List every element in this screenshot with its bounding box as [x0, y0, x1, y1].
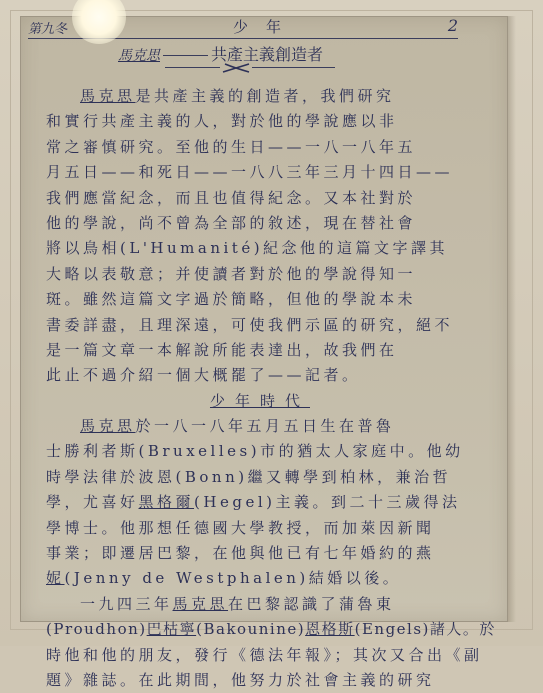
underlined-name: 恩格斯	[305, 620, 355, 638]
line-text: (Bakounine)	[196, 620, 305, 638]
text-line: 常之審慎研究。至他的生日——一八一八年五	[46, 135, 494, 160]
text-line: 是一篇文章一本解說所能表達出，故我們在	[46, 338, 494, 363]
text-line: 馬克思是共產主義的創造者，我們研究	[46, 84, 494, 109]
text-line: 斑。雖然這篇文字過於簡略，但他的學說本未	[46, 287, 494, 312]
section-heading: 少年時代	[46, 389, 494, 414]
text-line: 時學法律於波恩(Bonn)繼又轉學到柏林，兼治哲	[46, 465, 494, 490]
line-text: 於一八一八年五月五日生在普魯	[136, 417, 395, 435]
text-line: 月五日——和死日——一八八三年三月十四日——	[46, 160, 494, 185]
line-text: 學，尤喜好	[46, 493, 139, 511]
text-line: 事業；即遷居巴黎，在他與他已有七年婚約的燕	[46, 541, 494, 566]
text-line: 書委詳盡，且理深遠，可使我們示區的研究，絕不	[46, 313, 494, 338]
line-text: 是共產主義的創造者，我們研究	[136, 87, 395, 105]
text-line: 一九四三年馬克思在巴黎認識了蒲魯東	[46, 592, 494, 617]
text-line: (Proudhon)巴枯寧(Bakounine)恩格斯(Engels)諸人。於	[46, 617, 494, 642]
line-text: (Jenny de Westphalen)結婚以後。	[65, 569, 402, 587]
text-line: 馬克思於一八一八年五月五日生在普魯	[46, 414, 494, 439]
ornament-rule-right	[252, 67, 335, 68]
underlined-name: 馬克思	[80, 87, 136, 105]
line-text: (Proudhon)	[46, 620, 147, 638]
manuscript-body: 馬克思是共產主義的創造者，我們研究 和實行共產主義的人，對於他的學說應以非 常之…	[46, 84, 494, 646]
text-line: 時他和他的朋友，發行《德法年報》；其次又合出《副	[46, 643, 494, 646]
text-line: 此止不過介紹一個大概罷了——記者。	[46, 363, 494, 388]
text-line: 將以鳥相(L'Humanité)紀念他的這篇文字譯其	[46, 236, 494, 261]
page-edge-shadow	[508, 16, 516, 622]
crossed-strokes-icon	[221, 62, 251, 74]
text-line: 士勝利者斯(Bruxelles)市的猶太人家庭中。他幼	[46, 439, 494, 464]
line-text: (Engels)諸人。於	[355, 620, 496, 638]
title-ornament	[165, 62, 335, 74]
text-line: 我們應當紀念，而且也值得紀念。又本社對於	[46, 186, 494, 211]
text-line: 他的學說，尚不曾為全部的敘述，現在替社會	[46, 211, 494, 236]
underlined-name: 馬克思	[80, 417, 136, 435]
running-head: 少年	[233, 16, 299, 37]
text-line: 大略以表敬意；并使讀者對於他的學說得知一	[46, 262, 494, 287]
page-number: 2	[448, 16, 458, 35]
text-line: 和實行共產主義的人，對於他的學說應以非	[46, 109, 494, 134]
chapter-label: 第九冬	[28, 18, 67, 37]
text-line: 學，尤喜好黑格爾(Hegel)主義。到二十三歲得法	[46, 490, 494, 515]
line-text: (Hegel)主義。到二十三歲得法	[194, 493, 460, 511]
underlined-name: 馬克思	[173, 595, 229, 613]
display-frame: 第九冬 少年 2 馬克思共產主義創造者 馬克思是共產主義的創造者，我們研究 和實…	[0, 0, 543, 646]
line-text: 一九四三年	[80, 595, 173, 613]
ornament-rule-left	[165, 67, 220, 68]
line-text: 在巴黎認識了蒲魯東	[228, 595, 395, 613]
underlined-name: 巴枯寧	[147, 620, 197, 638]
text-line: 學博士。他那想任德國大學教授，而加萊因新聞	[46, 516, 494, 541]
text-line: 妮(Jenny de Westphalen)結婚以後。	[46, 566, 494, 591]
underlined-name: 妮	[46, 569, 65, 587]
title-name: 馬克思	[118, 48, 160, 64]
title-dash	[163, 55, 208, 56]
underlined-name: 黑格爾	[139, 493, 195, 511]
